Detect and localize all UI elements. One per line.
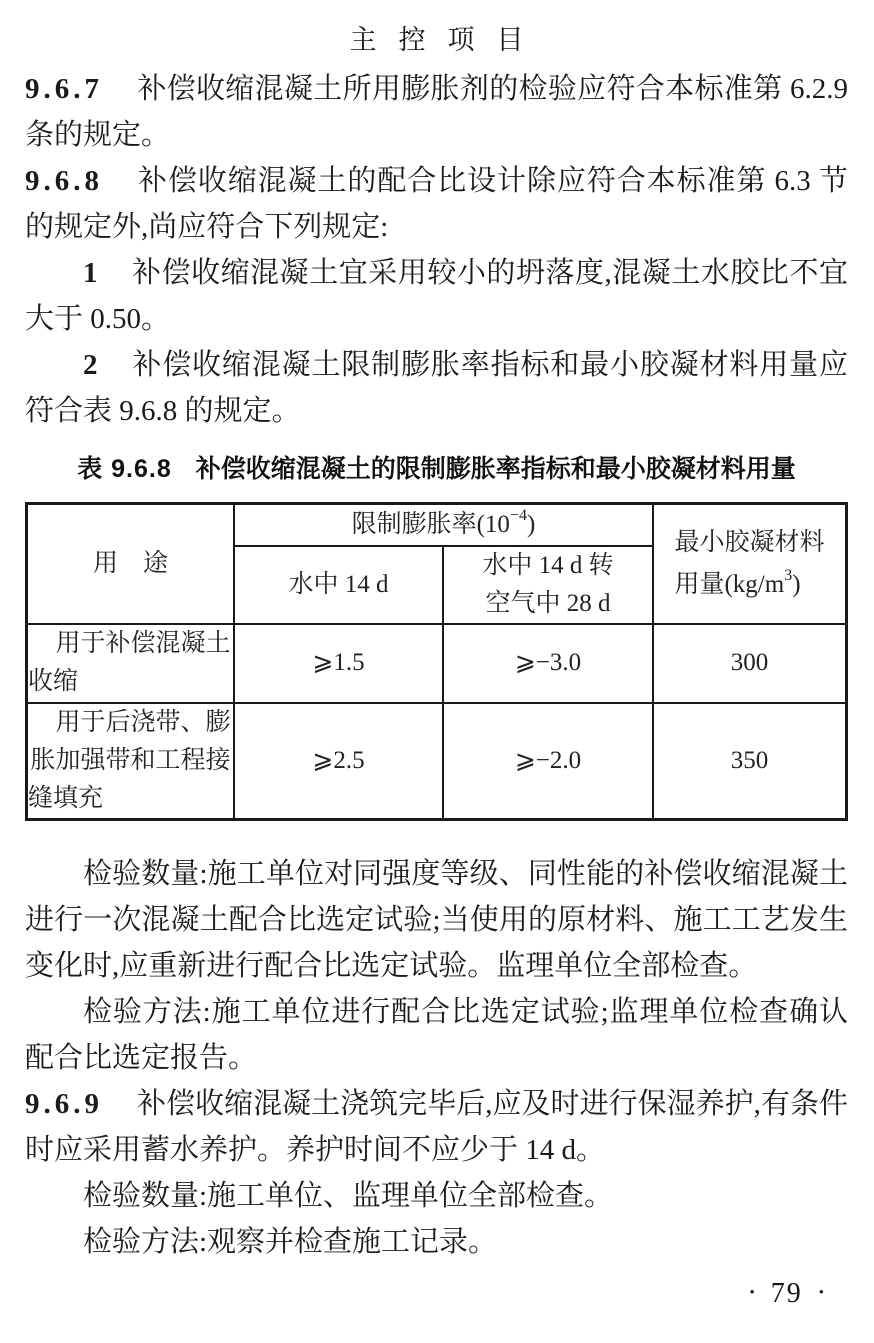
cell-min-binder: 350 — [653, 703, 847, 820]
air-28d-line1: 水中 14 d 转 — [482, 552, 613, 579]
clause-text: 补偿收缩混凝土所用膨胀剂的检验应符合本标准第 6.2.9 条的规定。 — [25, 73, 848, 151]
paragraph-inspection-method-1: 检验方法:施工单位进行配合比选定试验;监理单位检查确认配合比选定报告。 — [25, 989, 848, 1081]
header-cell-water-14d: 水中 14 d — [234, 546, 443, 624]
cell-water-14d: ⩾2.5 — [234, 703, 443, 820]
cell-water-14d: ⩾1.5 — [234, 624, 443, 703]
cell-usage: 用于后浇带、膨胀加强带和工程接缝填充 — [27, 703, 234, 820]
clause-number: 9.6.9 — [25, 1088, 103, 1120]
clause-number: 9.6.7 — [25, 73, 103, 105]
page-number: •79• — [749, 1278, 824, 1309]
header-cell-expansion-group: 限制膨胀率(10−4) — [234, 504, 653, 546]
clause-9-6-8: 9.6.8补偿收缩混凝土的配合比设计除应符合本标准第 6.3 节的规定外,尚应符… — [25, 158, 848, 250]
item-number: 1 — [83, 257, 98, 289]
cell-usage: 用于补偿混凝土收缩 — [27, 624, 234, 703]
clause-text: 补偿收缩混凝土的配合比设计除应符合本标准第 6.3 节的规定外,尚应符合下列规定… — [25, 165, 848, 243]
clause-text: 补偿收缩混凝土浇筑完毕后,应及时进行保湿养护,有条件时应采用蓄水养护。养护时间不… — [25, 1088, 848, 1166]
min-binder-label: 最小胶凝材料 用量(kg/m3) — [674, 522, 824, 606]
header-cell-min-binder: 最小胶凝材料 用量(kg/m3) — [653, 504, 847, 624]
page-number-dot-right: • — [819, 1285, 824, 1301]
min-binder-line2: 用量(kg/m — [674, 571, 784, 598]
air-28d-line2: 空气中 28 d — [485, 590, 610, 617]
item-text: 补偿收缩混凝土限制膨胀率指标和最小胶凝材料用量应符合表 9.6.8 的规定。 — [25, 349, 848, 427]
list-item-1: 1补偿收缩混凝土宜采用较小的坍落度,混凝土水胶比不宜大于 0.50。 — [25, 250, 848, 342]
running-head: 主控项目 — [25, 20, 848, 60]
paragraph-inspection-quantity-2: 检验数量:施工单位、监理单位全部检查。 — [25, 1173, 848, 1219]
cell-air-28d: ⩾−3.0 — [443, 624, 653, 703]
header-cell-air-28d: 水中 14 d 转空气中 28 d — [443, 546, 653, 624]
min-binder-suffix: ) — [792, 571, 800, 598]
paragraph-inspection-quantity-1: 检验数量:施工单位对同强度等级、同性能的补偿收缩混凝土进行一次混凝土配合比选定试… — [25, 851, 848, 989]
document-page: 主控项目 9.6.7补偿收缩混凝土所用膨胀剂的检验应符合本标准第 6.2.9 条… — [0, 0, 874, 1343]
table-caption: 表 9.6.8补偿收缩混凝土的限制膨胀率指标和最小胶凝材料用量 — [25, 452, 848, 486]
item-text: 补偿收缩混凝土宜采用较小的坍落度,混凝土水胶比不宜大于 0.50。 — [25, 257, 848, 335]
header-cell-usage: 用 途 — [27, 504, 234, 624]
table-header-row-1: 用 途 限制膨胀率(10−4) 最小胶凝材料 用量(kg/m3) — [27, 504, 847, 546]
table-caption-label: 表 9.6.8 — [77, 455, 172, 483]
expansion-group-suffix: ) — [527, 511, 535, 538]
cell-min-binder: 300 — [653, 624, 847, 703]
spec-table-9-6-8: 用 途 限制膨胀率(10−4) 最小胶凝材料 用量(kg/m3) 水中 14 d… — [25, 502, 848, 821]
min-binder-superscript: 3 — [784, 567, 792, 584]
table-caption-title: 补偿收缩混凝土的限制膨胀率指标和最小胶凝材料用量 — [196, 455, 796, 483]
paragraph-inspection-method-2: 检验方法:观察并检查施工记录。 — [25, 1219, 848, 1265]
clause-9-6-9: 9.6.9补偿收缩混凝土浇筑完毕后,应及时进行保湿养护,有条件时应采用蓄水养护。… — [25, 1081, 848, 1173]
item-number: 2 — [83, 349, 98, 381]
list-item-2: 2补偿收缩混凝土限制膨胀率指标和最小胶凝材料用量应符合表 9.6.8 的规定。 — [25, 342, 848, 434]
page-number-dot-left: • — [749, 1285, 754, 1301]
clause-9-6-7: 9.6.7补偿收缩混凝土所用膨胀剂的检验应符合本标准第 6.2.9 条的规定。 — [25, 66, 848, 158]
table-row: 用于后浇带、膨胀加强带和工程接缝填充 ⩾2.5 ⩾−2.0 350 — [27, 703, 847, 820]
clause-number: 9.6.8 — [25, 165, 103, 197]
page-number-value: 79 — [771, 1278, 803, 1309]
cell-air-28d: ⩾−2.0 — [443, 703, 653, 820]
min-binder-line1: 最小胶凝材料 — [674, 529, 824, 556]
expansion-group-text: 限制膨胀率(10 — [352, 511, 510, 538]
expansion-group-superscript: −4 — [510, 507, 527, 524]
table-row: 用于补偿混凝土收缩 ⩾1.5 ⩾−3.0 300 — [27, 624, 847, 703]
